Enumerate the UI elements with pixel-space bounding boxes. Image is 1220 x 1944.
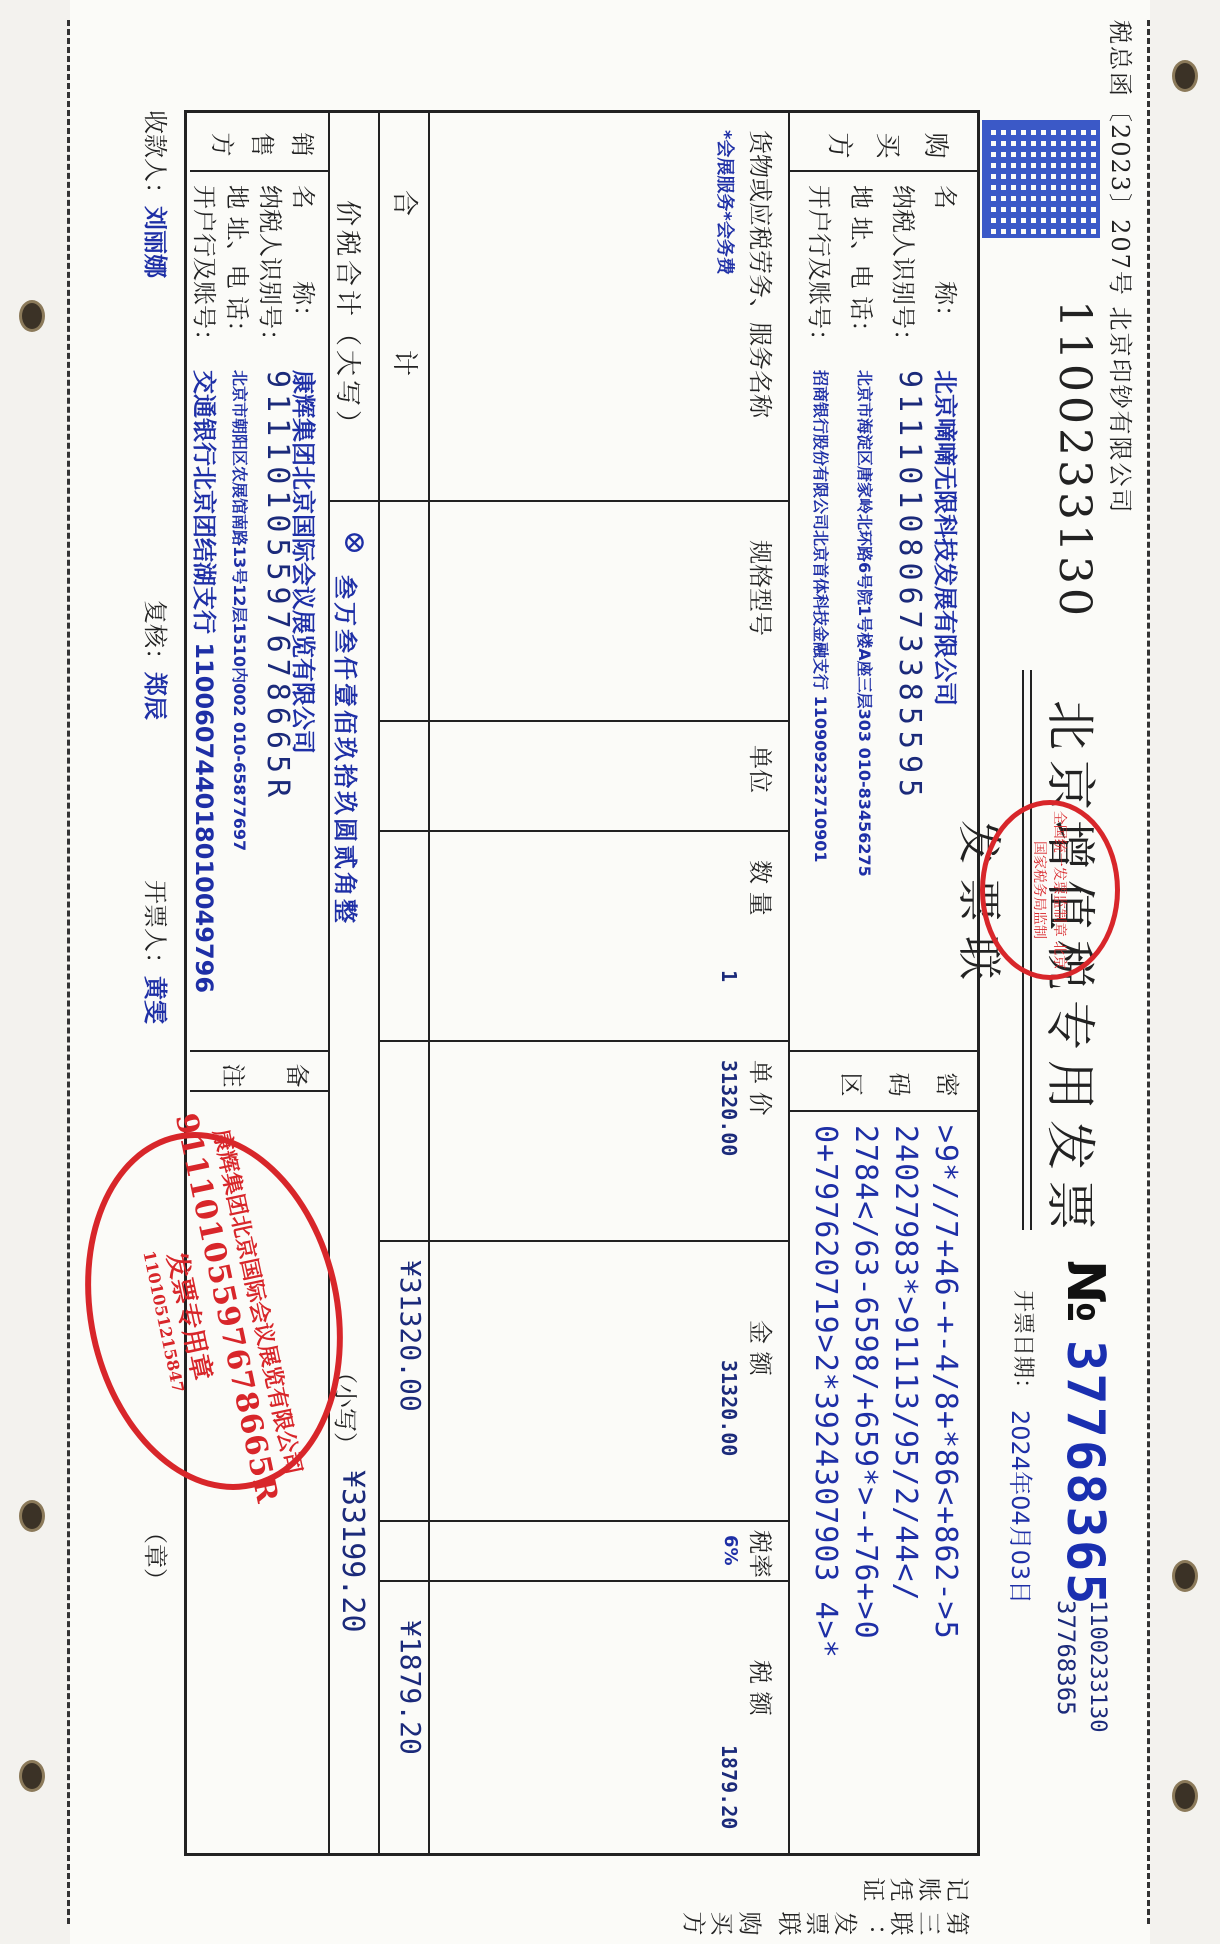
item-qty: 1 [717, 970, 741, 982]
seller-address: 北京市朝阳区农展馆南路13号12层1510内002 010-65877697 [229, 370, 252, 851]
buyer-name: 北京嘀嘀无限科技发展有限公司 [930, 370, 965, 706]
issue-date-label: 开票日期： [1009, 1290, 1040, 1400]
header-price: 单 价 [745, 1060, 780, 1116]
perforation-hole [1172, 1560, 1198, 1592]
item-price: 31320.00 [717, 1060, 741, 1156]
drawer-signature: 开票人：黄雯 [140, 880, 175, 1024]
buyer-section-label: 购买方 [806, 125, 950, 162]
payee-label: 收款人： [141, 110, 169, 206]
cipher-label: 密码区 [816, 1065, 960, 1100]
grand-total-small: ¥33199.20 [335, 1470, 370, 1633]
header-item-name: 货物或应税劳务、服务名称 [745, 130, 780, 418]
row-divider [788, 110, 790, 1853]
total-label: 合 计 [388, 190, 425, 382]
header-unit: 单位 [745, 745, 780, 793]
cipher-line: >9*//7+46-+-4/8+*86<+862->5 [925, 1125, 965, 1659]
reviewer-name: 郑辰 [141, 672, 169, 720]
perforation-hole [19, 1500, 45, 1532]
perforation-hole [19, 1760, 45, 1792]
total-amount: ¥31320.00 [394, 1260, 427, 1412]
invoice-number: 37768365 [1055, 1340, 1115, 1606]
perforation-hole [1172, 60, 1198, 92]
item-amount: 31320.00 [717, 1360, 741, 1456]
buyer-tax-id: 911101080673385595 [892, 370, 927, 803]
header-spec: 规格型号 [745, 540, 780, 636]
remarks-label: 备注 [182, 1056, 310, 1091]
header-rate: 税率 [745, 1530, 780, 1578]
item-name: *会展服务*会务费 [713, 130, 739, 275]
payee-signature: 收款人：刘丽娜 [140, 110, 175, 278]
table-row: *会展服务*会务费 1 31320.00 31320.00 6% 1879.20 [705, 120, 745, 1840]
col-divider [190, 170, 330, 172]
header-qty: 数 量 [745, 860, 780, 916]
supervision-stamp-text: 全国统一发票监制章 北京 国家税务局监制 [1030, 805, 1070, 975]
col-divider [790, 170, 980, 172]
row-divider [378, 110, 380, 1853]
supervision-stamp: 全国统一发票监制章 北京 国家税务局监制 [980, 800, 1120, 980]
header-tax: 税 额 [745, 1660, 780, 1716]
seller-bank: 交通银行北京团结湖支行 110060744018010049796 [189, 370, 224, 993]
cipher-line: 2784</63-6598/+659*>-+76+>0 [845, 1125, 885, 1659]
payee-name: 刘丽娜 [141, 206, 169, 278]
cipher-line: 24027983*>91113/95/2/44</ [885, 1125, 925, 1659]
seller-address-label: 地 址、电 话： [222, 185, 257, 344]
bottom-perforated-strip [0, 0, 70, 1944]
col-divider [790, 1110, 980, 1112]
tear-line-bottom [67, 20, 70, 1924]
tear-line-top [1147, 20, 1150, 1924]
buyer-bank-label: 开户行及账号： [804, 185, 839, 353]
buyer-address-label: 地 址、电 话： [846, 185, 881, 344]
reviewer-signature: 复核：郑辰 [140, 600, 175, 720]
seller-tax-id: 91110105597678665R [260, 370, 295, 803]
cancel-cross-icon: ⊗ [337, 530, 372, 555]
seller-tax-id-label: 纳税人识别号： [255, 185, 290, 353]
seller-bank-label: 开户行及账号： [189, 185, 224, 353]
col-divider [790, 1050, 980, 1052]
item-tax: 1879.20 [717, 1745, 741, 1829]
row-divider [328, 110, 330, 1853]
buyer-tax-id-label: 纳税人识别号： [888, 185, 923, 353]
perforation-hole [19, 300, 45, 332]
seller-section-label: 销售方 [195, 125, 315, 160]
invoice-code: 1100233130 [1049, 300, 1100, 620]
top-perforated-strip [1150, 0, 1220, 1944]
buyer-address: 北京市海淀区唐家岭北环路6号院1号楼A座三层303 010-83456275 [854, 370, 877, 877]
header-amount: 金 额 [745, 1320, 780, 1376]
cipher-line: 0+797620719>2*3924307903 4>* [805, 1125, 845, 1659]
col-divider [330, 500, 380, 502]
cipher-area: >9*//7+46-+-4/8+*86<+862->5 24027983*>91… [805, 1125, 965, 1659]
side-copy-label: 第三联：发票联 购买方记账凭证 [670, 1870, 970, 1938]
drawer-label: 开票人： [141, 880, 169, 976]
grand-total-label: 价税合计（大写） [331, 200, 368, 440]
issue-date: 2024年04月03日 [1005, 1410, 1040, 1604]
total-tax: ¥1879.20 [394, 1620, 427, 1755]
number-symbol: № [1055, 1260, 1115, 1323]
seller-name-label: 名 称： [288, 185, 323, 329]
invoice-code-small: 1100233130 [1085, 1600, 1110, 1732]
grand-total-capital: 叁万叁仟壹佰玖拾玖圆贰角整 [330, 575, 365, 926]
drawer-name: 黄雯 [141, 976, 169, 1024]
buyer-name-label: 名 称： [930, 185, 965, 329]
print-notice: 税总函〔2023〕207号 北京印钞有限公司 [1105, 20, 1140, 515]
perforation-hole [1172, 1780, 1198, 1812]
invoice-number-small: 37768365 [1052, 1600, 1080, 1716]
reviewer-label: 复核： [141, 600, 169, 672]
seal-label: （章） [140, 1520, 175, 1592]
col-divider [190, 1050, 330, 1052]
buyer-bank: 招商银行股份有限公司北京首体科技金融支行 110909232710901 [810, 370, 833, 863]
qr-code[interactable] [982, 120, 1100, 238]
row-divider [428, 110, 430, 1853]
item-rate: 6% [720, 1535, 741, 1566]
invoice-sheet: 税总函〔2023〕207号 北京印钞有限公司 1100233130 北京增值税专… [0, 0, 1220, 1944]
